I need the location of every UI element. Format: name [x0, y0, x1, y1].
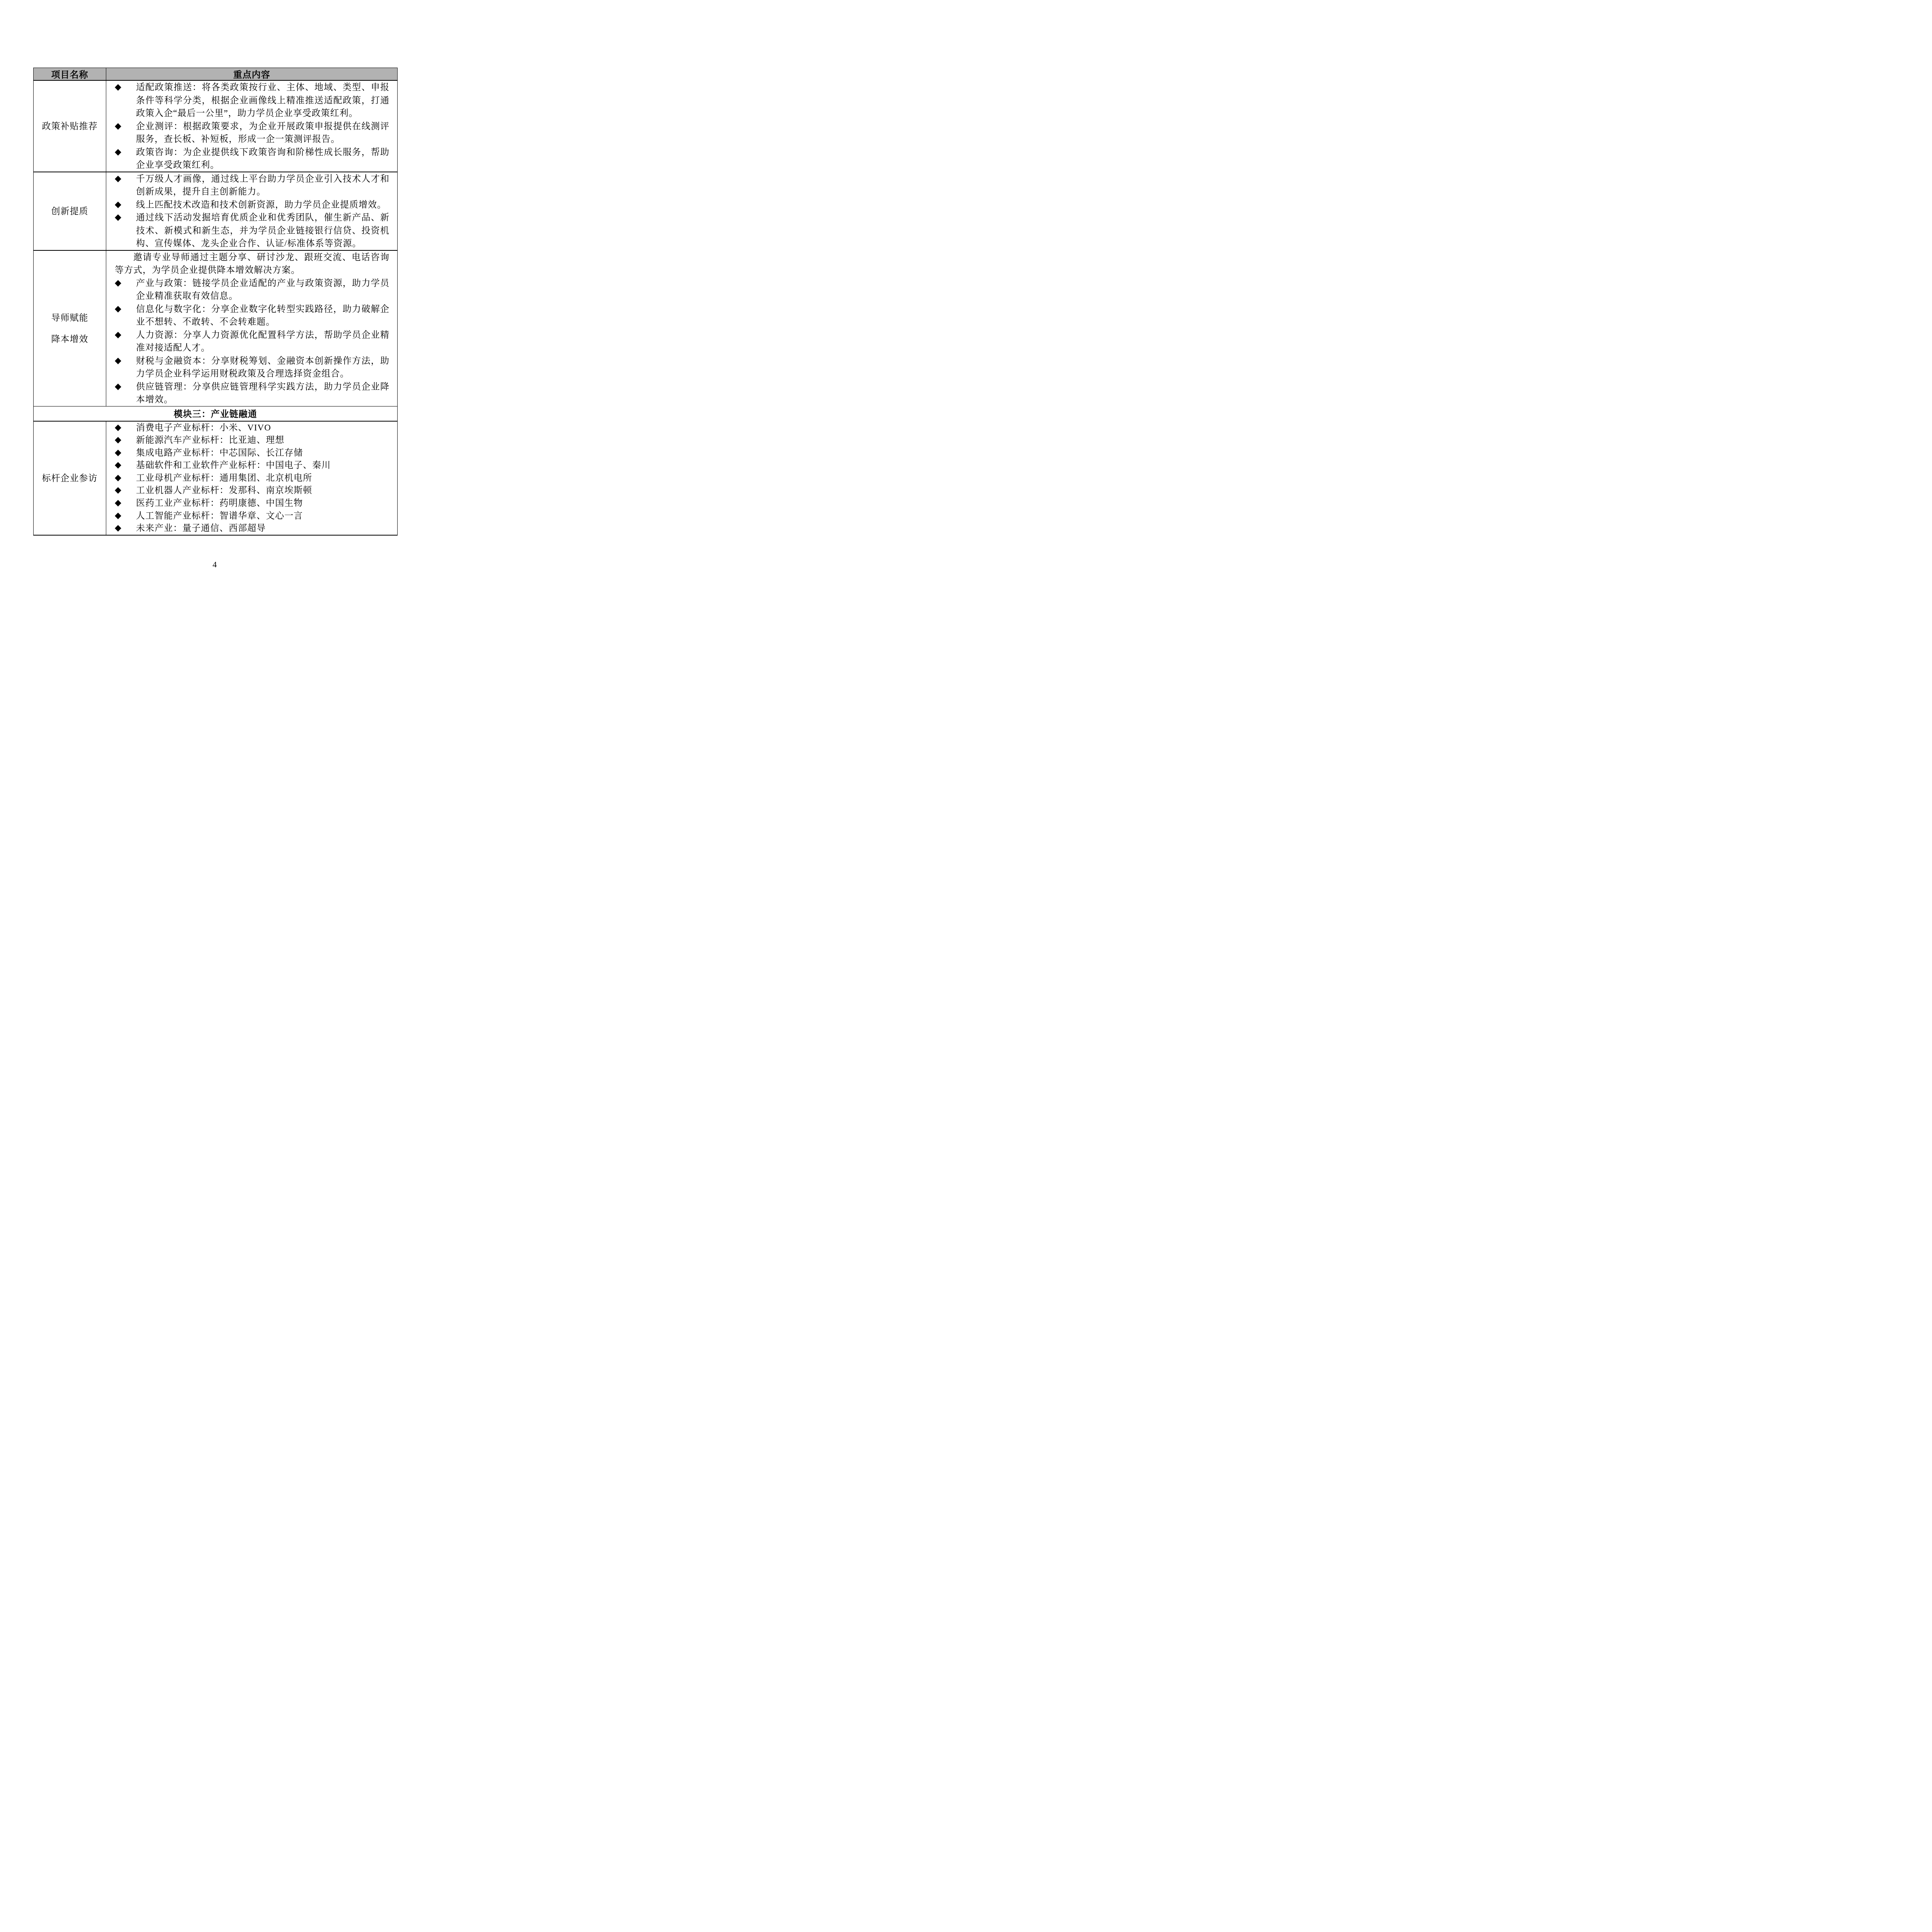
row-label-line-1: 导师赋能 — [51, 307, 88, 328]
bullet-item: ◆人力资源：分享人力资源优化配置科学方法，帮助学员企业精准对接适配人才。 — [115, 328, 389, 354]
bullet-diamond-icon: ◆ — [115, 380, 122, 393]
table-header-row: 项目名称 重点内容 — [34, 68, 397, 81]
bullet-diamond-icon: ◆ — [115, 303, 122, 316]
bullet-text: 线上匹配技术改造和技术创新资源，助力学员企业提质增效。 — [136, 200, 386, 209]
bullet-item: ◆集成电路产业标杆：中芯国际、长江存储 — [115, 447, 389, 459]
row-content-cell: ◆千万级人才画像，通过线上平台助力学员企业引入技术人才和创新成果，提升自主创新能… — [106, 172, 397, 250]
row-label-cell: 政策补贴推荐 — [34, 81, 106, 172]
bullet-item: ◆工业母机产业标杆：通用集团、北京机电所 — [115, 472, 389, 485]
bullet-text: 消费电子产业标杆：小米、VIVO — [136, 423, 271, 432]
bullet-text: 人力资源：分享人力资源优化配置科学方法，帮助学员企业精准对接适配人才。 — [136, 330, 389, 353]
bullet-item: ◆企业测评：根据政策要求，为企业开展政策申报提供在线测评服务，查长板、补短板，形… — [115, 120, 389, 146]
bullet-item: ◆线上匹配技术改造和技术创新资源，助力学员企业提质增效。 — [115, 198, 389, 211]
bullet-diamond-icon: ◆ — [115, 422, 122, 434]
bullet-text: 财税与金融资本：分享财税筹划、金融资本创新操作方法，助力学员企业科学运用财税政策… — [136, 356, 389, 379]
bullet-item: ◆适配政策推送：将各类政策按行业、主体、地域、类型、申报条件等科学分类，根据企业… — [115, 81, 389, 120]
bullet-item: ◆千万级人才画像，通过线上平台助力学员企业引入技术人才和创新成果，提升自主创新能… — [115, 172, 389, 198]
bullet-text: 工业母机产业标杆：通用集团、北京机电所 — [136, 473, 312, 483]
bullet-diamond-icon: ◆ — [115, 120, 122, 133]
bullet-text: 新能源汽车产业标杆：比亚迪、理想 — [136, 435, 284, 445]
header-key-content-label: 重点内容 — [233, 68, 270, 80]
row-label-cell: 导师赋能 降本增效 — [34, 251, 106, 406]
bullet-diamond-icon: ◆ — [115, 198, 122, 211]
row-label: 标杆企业参访 — [42, 468, 98, 489]
row-label-line-2: 降本增效 — [51, 328, 88, 350]
bullet-diamond-icon: ◆ — [115, 211, 122, 224]
bullet-diamond-icon: ◆ — [115, 328, 122, 342]
module-three-banner: 模块三：产业链融通 — [34, 406, 397, 422]
bullet-item: ◆政策咨询：为企业提供线下政策咨询和阶梯性成长服务，帮助企业享受政策红利。 — [115, 146, 389, 172]
table-row-innovation-upgrade: 创新提质 ◆千万级人才画像，通过线上平台助力学员企业引入技术人才和创新成果，提升… — [34, 172, 397, 251]
bullet-item: ◆信息化与数字化：分享企业数字化转型实践路径，助力破解企业不想转、不敢转、不会转… — [115, 303, 389, 328]
bullet-diamond-icon: ◆ — [115, 354, 122, 367]
bullet-diamond-icon: ◆ — [115, 522, 122, 535]
bullet-item: ◆人工智能产业标杆：智谱华章、文心一言 — [115, 510, 389, 522]
bullet-item: ◆消费电子产业标杆：小米、VIVO — [115, 422, 389, 434]
header-cell-project-name: 项目名称 — [34, 68, 106, 80]
row-content-cell: ◆适配政策推送：将各类政策按行业、主体、地域、类型、申报条件等科学分类，根据企业… — [106, 81, 397, 172]
header-cell-key-content: 重点内容 — [106, 68, 397, 80]
bullet-text: 未来产业：量子通信、西部超导 — [136, 523, 266, 533]
bullet-diamond-icon: ◆ — [115, 497, 122, 510]
bullet-diamond-icon: ◆ — [115, 81, 122, 94]
bullet-text: 信息化与数字化：分享企业数字化转型实践路径，助力破解企业不想转、不敢转、不会转难… — [136, 304, 389, 327]
bullet-diamond-icon: ◆ — [115, 510, 122, 522]
bullet-item: ◆财税与金融资本：分享财税筹划、金融资本创新操作方法，助力学员企业科学运用财税政… — [115, 354, 389, 380]
bullet-item: ◆基础软件和工业软件产业标杆：中国电子、秦川 — [115, 459, 389, 472]
document-page: { "page": { "number": "4" }, "icons": { … — [0, 0, 429, 607]
bullet-text: 医药工业产业标杆：药明康德、中国生物 — [136, 498, 303, 508]
bullet-text: 基础软件和工业软件产业标杆：中国电子、秦川 — [136, 460, 331, 470]
bullet-text: 政策咨询：为企业提供线下政策咨询和阶梯性成长服务，帮助企业享受政策红利。 — [136, 147, 389, 170]
row-label: 政策补贴推荐 — [42, 116, 98, 137]
bullet-diamond-icon: ◆ — [115, 172, 122, 185]
bullet-text: 通过线下活动发掘培育优质企业和优秀团队，催生新产品、新技术、新模式和新生态，并为… — [136, 213, 389, 248]
bullet-text: 集成电路产业标杆：中芯国际、长江存储 — [136, 448, 303, 457]
bullet-text: 企业测评：根据政策要求，为企业开展政策申报提供在线测评服务，查长板、补短板，形成… — [136, 121, 389, 144]
bullet-diamond-icon: ◆ — [115, 146, 122, 159]
bullet-diamond-icon: ◆ — [115, 277, 122, 290]
bullet-diamond-icon: ◆ — [115, 459, 122, 472]
table-row-mentor-empowerment: 导师赋能 降本增效 邀请专业导师通过主题分享、研讨沙龙、跟班交流、电话咨询等方式… — [34, 251, 397, 406]
bullet-item: ◆新能源汽车产业标杆：比亚迪、理想 — [115, 434, 389, 447]
bullet-text: 千万级人才画像，通过线上平台助力学员企业引入技术人才和创新成果，提升自主创新能力… — [136, 174, 389, 197]
bullet-text: 人工智能产业标杆：智谱华章、文心一言 — [136, 511, 303, 520]
bullet-item: ◆供应链管理：分享供应链管理科学实践方法，助力学员企业降本增效。 — [115, 380, 389, 406]
row-label: 创新提质 — [51, 201, 88, 222]
bullet-text: 工业机器人产业标杆：发那科、南京埃斯顿 — [136, 485, 312, 495]
row-content-cell: ◆消费电子产业标杆：小米、VIVO ◆新能源汽车产业标杆：比亚迪、理想 ◆集成电… — [106, 422, 397, 535]
row-label-cell: 创新提质 — [34, 172, 106, 250]
bullet-diamond-icon: ◆ — [115, 472, 122, 485]
row-intro-paragraph: 邀请专业导师通过主题分享、研讨沙龙、跟班交流、电话咨询等方式，为学员企业提供降本… — [115, 251, 389, 277]
project-content-table: 项目名称 重点内容 政策补贴推荐 ◆适配政策推送：将各类政策按行业、主体、地域、… — [33, 68, 398, 536]
bullet-item: ◆未来产业：量子通信、西部超导 — [115, 522, 389, 535]
bullet-diamond-icon: ◆ — [115, 447, 122, 459]
row-content-cell: 邀请专业导师通过主题分享、研讨沙龙、跟班交流、电话咨询等方式，为学员企业提供降本… — [106, 251, 397, 406]
bullet-item: ◆工业机器人产业标杆：发那科、南京埃斯顿 — [115, 484, 389, 497]
row-label-cell: 标杆企业参访 — [34, 422, 106, 535]
page-number: 4 — [0, 560, 429, 570]
bullet-item: ◆医药工业产业标杆：药明康德、中国生物 — [115, 497, 389, 510]
bullet-text: 产业与政策：链接学员企业适配的产业与政策资源，助力学员企业精准获取有效信息。 — [136, 278, 389, 301]
table-row-policy-subsidy: 政策补贴推荐 ◆适配政策推送：将各类政策按行业、主体、地域、类型、申报条件等科学… — [34, 81, 397, 172]
bullet-text: 适配政策推送：将各类政策按行业、主体、地域、类型、申报条件等科学分类，根据企业画… — [136, 82, 389, 118]
bullet-item: ◆通过线下活动发掘培育优质企业和优秀团队，催生新产品、新技术、新模式和新生态，并… — [115, 211, 389, 250]
bullet-diamond-icon: ◆ — [115, 434, 122, 447]
bullet-text: 供应链管理：分享供应链管理科学实践方法，助力学员企业降本增效。 — [136, 382, 389, 405]
bullet-item: ◆产业与政策：链接学员企业适配的产业与政策资源，助力学员企业精准获取有效信息。 — [115, 277, 389, 303]
header-project-name-label: 项目名称 — [51, 68, 88, 80]
table-row-benchmark-visits: 标杆企业参访 ◆消费电子产业标杆：小米、VIVO ◆新能源汽车产业标杆：比亚迪、… — [34, 422, 397, 535]
bullet-diamond-icon: ◆ — [115, 484, 122, 497]
